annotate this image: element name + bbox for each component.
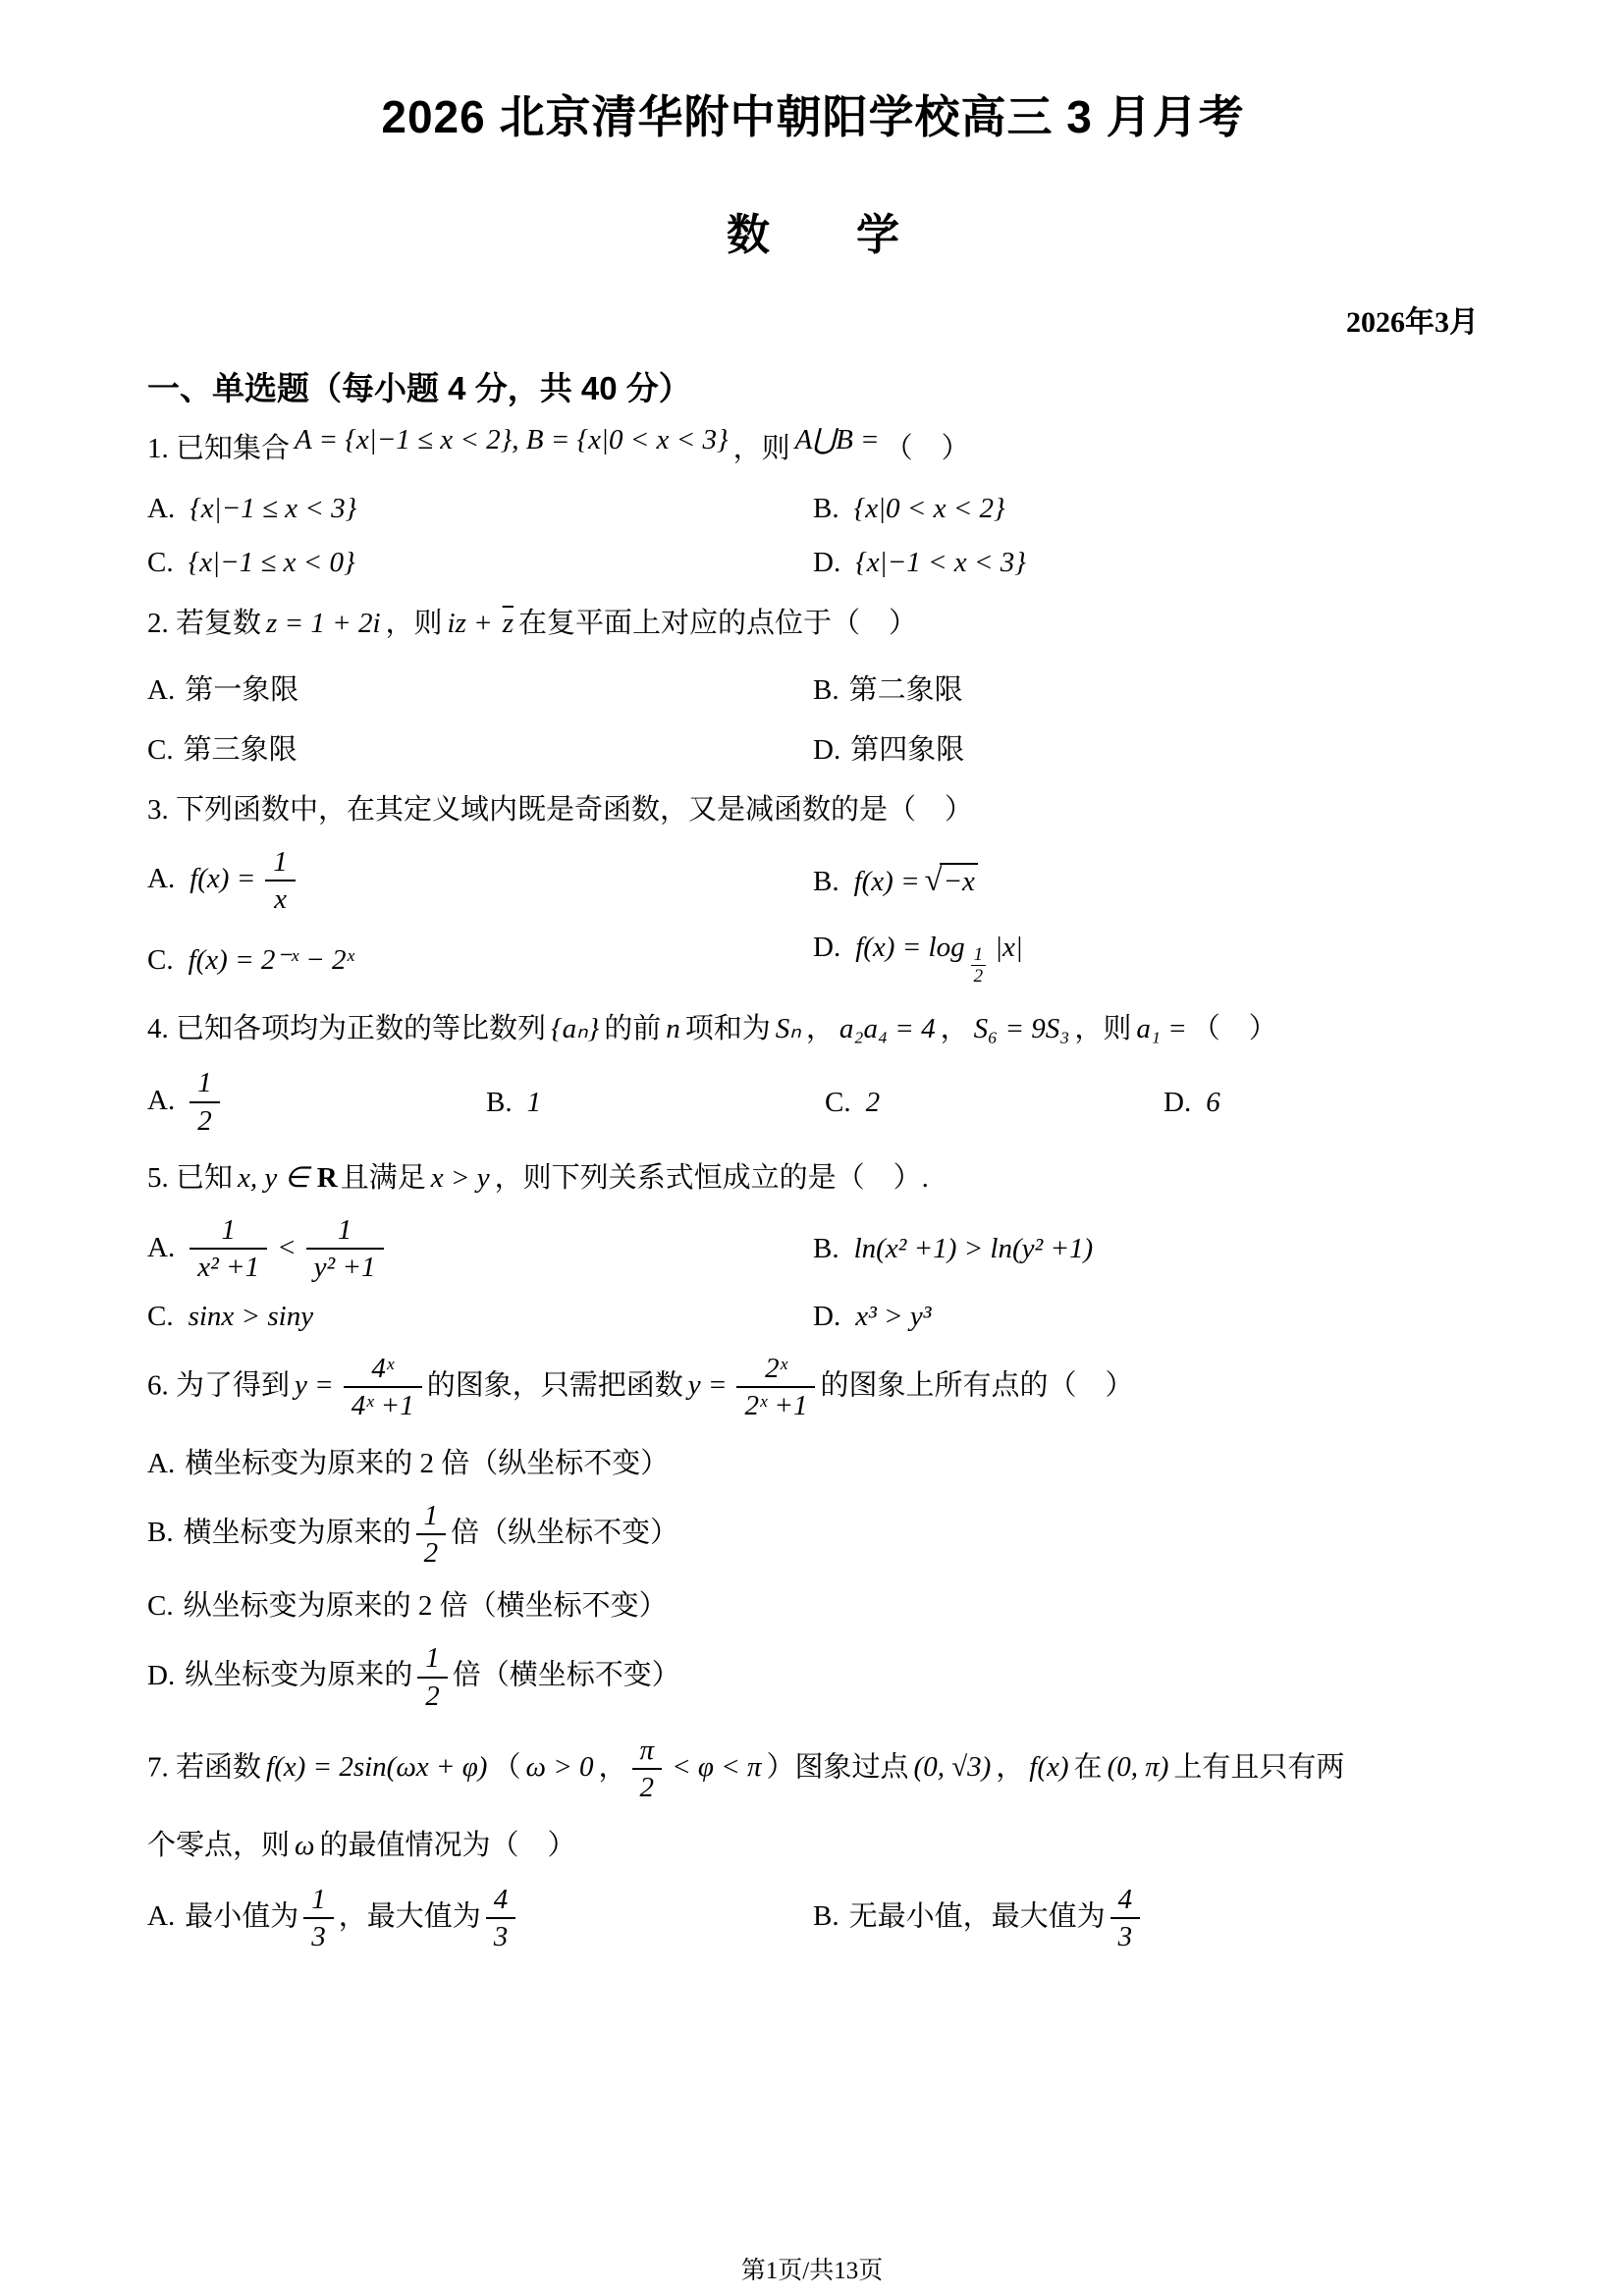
q7-stem-line-2: 个零点，则ω的最值情况为（ ）	[147, 1825, 1479, 1866]
fraction: 1y² +1	[306, 1214, 384, 1285]
q5-option-c: C.sinx > siny	[147, 1301, 813, 1333]
fraction: 43	[486, 1884, 516, 1954]
q3-stem: 3. 下列函数中，在其定义域内既是奇函数，又是减函数的是（ ）	[147, 789, 1479, 830]
question-5: 5. 已知x, y ∈R且满足x > y，则下列关系式恒成立的是（ ）. A.1…	[147, 1157, 1479, 1333]
q3-option-a: A.f(x) =1x	[147, 846, 813, 917]
q6-option-c: C.纵坐标变为原来的 2 倍（横坐标不变）	[147, 1585, 1479, 1627]
q6-stem: 6. 为了得到y =4ˣ4ˣ +1的图象，只需把函数y =2ˣ2ˣ +1的图象上…	[147, 1353, 1479, 1423]
question-3: 3. 下列函数中，在其定义域内既是奇函数，又是减函数的是（ ） A.f(x) =…	[147, 789, 1479, 988]
q1-option-b: B.{x|0 < x < 2}	[813, 493, 1479, 525]
q6-option-b: B.横坐标变为原来的12倍（纵坐标不变）	[147, 1500, 1479, 1571]
q4-options-row: A.12 B.1 C.2 D.6	[147, 1067, 1479, 1138]
exam-title: 2026 北京清华附中朝阳学校高三 3 月月考	[147, 84, 1479, 150]
fraction: 1x	[265, 846, 296, 917]
q7-option-a: A.最小值为13，最大值为43	[147, 1884, 813, 1954]
q5-stem: 5. 已知x, y ∈R且满足x > y，则下列关系式恒成立的是（ ）.	[147, 1157, 1479, 1199]
q3-option-d: D.f(x) = log12|x|	[813, 932, 1479, 987]
q3-option-b: B.f(x) =√−x	[813, 863, 1479, 899]
q2-stem: 2. 若复数z = 1 + 2i，则iz +z在复平面上对应的点位于（ ）	[147, 603, 1479, 644]
q4-option-c: C.2	[825, 1087, 1164, 1119]
section-heading: 一、单选题（每小题 4 分，共 40 分）	[147, 368, 1479, 410]
q3-option-c: C.f(x) = 2⁻ˣ − 2ˣ	[147, 942, 813, 977]
q1-options-row-1: A.{x|−1 ≤ x < 3} B.{x|0 < x < 2}	[147, 493, 1479, 525]
q2-options-row-2: C.第三象限 D.第四象限	[147, 727, 1479, 768]
q1-option-a: A.{x|−1 ≤ x < 3}	[147, 493, 813, 525]
q5-options-row-2: C.sinx > siny D.x³ > y³	[147, 1301, 1479, 1333]
q5-option-b: B.ln(x² +1) > ln(y² +1)	[813, 1233, 1479, 1265]
blackboard-R: R	[314, 1162, 341, 1194]
q6-option-a: A.横坐标变为原来的 2 倍（纵坐标不变）	[147, 1443, 1479, 1484]
q3-options-row-2: C.f(x) = 2⁻ˣ − 2ˣ D.f(x) = log12|x|	[147, 932, 1479, 987]
log-base-fraction: 12	[971, 945, 987, 987]
page-number: 第1页/共13页	[0, 2251, 1624, 2286]
q2-option-d: D.第四象限	[813, 727, 1479, 768]
fraction: 12	[189, 1067, 220, 1138]
question-4: 4. 已知各项均为正数的等比数列{aₙ}的前n项和为Sₙ，a₂a₄ = 4，S₆…	[147, 1008, 1479, 1138]
q4-option-b: B.1	[486, 1087, 825, 1119]
fraction: 12	[416, 1500, 447, 1571]
q7-options-row: A.最小值为13，最大值为43 B.无最小值，最大值为43	[147, 1884, 1479, 1954]
question-7: 7. 若函数f(x) = 2sin(ωx + φ)（ω > 0，π2< φ < …	[147, 1735, 1479, 1953]
q1-option-c: C.{x|−1 ≤ x < 0}	[147, 547, 813, 579]
page-content: 2026 北京清华附中朝阳学校高三 3 月月考 数 学 2026年3月 一、单选…	[0, 0, 1624, 1953]
q5-option-a: A.1x² +1<1y² +1	[147, 1214, 813, 1285]
q2-option-a: A.第一象限	[147, 667, 813, 708]
q2-options-row-1: A.第一象限 B.第二象限	[147, 667, 1479, 708]
fraction: 12	[417, 1642, 448, 1713]
q4-stem: 4. 已知各项均为正数的等比数列{aₙ}的前n项和为Sₙ，a₂a₄ = 4，S₆…	[147, 1008, 1479, 1049]
q7-option-b: B.无最小值，最大值为43	[813, 1884, 1479, 1954]
exam-subject: 数 学	[147, 199, 1479, 262]
fraction: 43	[1110, 1884, 1141, 1954]
radical-sign: √	[925, 863, 941, 898]
q7-stem-line-1: 7. 若函数f(x) = 2sin(ωx + φ)（ω > 0，π2< φ < …	[147, 1735, 1479, 1805]
exam-date: 2026年3月	[147, 305, 1479, 341]
q4-option-d: D.6	[1164, 1087, 1479, 1119]
exam-page: 2026 北京清华附中朝阳学校高三 3 月月考 数 学 2026年3月 一、单选…	[0, 0, 1624, 2296]
q1-option-d: D.{x|−1 < x < 3}	[813, 547, 1479, 579]
fraction: 13	[303, 1884, 334, 1954]
question-1: 1. 已知集合A = {x|−1 ≤ x < 2}, B = {x|0 < x …	[147, 428, 1479, 579]
fraction: 2ˣ2ˣ +1	[736, 1353, 815, 1423]
q2-option-b: B.第二象限	[813, 667, 1479, 708]
q1-options-row-2: C.{x|−1 ≤ x < 0} D.{x|−1 < x < 3}	[147, 547, 1479, 579]
fraction: 1x² +1	[189, 1214, 267, 1285]
question-2: 2. 若复数z = 1 + 2i，则iz +z在复平面上对应的点位于（ ） A.…	[147, 603, 1479, 768]
q4-option-a: A.12	[147, 1067, 486, 1138]
question-6: 6. 为了得到y =4ˣ4ˣ +1的图象，只需把函数y =2ˣ2ˣ +1的图象上…	[147, 1353, 1479, 1713]
q6-option-d: D.纵坐标变为原来的12倍（横坐标不变）	[147, 1642, 1479, 1713]
q1-stem: 1. 已知集合A = {x|−1 ≤ x < 2}, B = {x|0 < x …	[147, 428, 1479, 469]
fraction: 4ˣ4ˣ +1	[344, 1353, 422, 1423]
q2-option-c: C.第三象限	[147, 727, 813, 768]
q3-options-row-1: A.f(x) =1x B.f(x) =√−x	[147, 846, 1479, 917]
q5-option-d: D.x³ > y³	[813, 1301, 1479, 1333]
fraction: π2	[632, 1735, 663, 1805]
q5-options-row-1: A.1x² +1<1y² +1 B.ln(x² +1) > ln(y² +1)	[147, 1214, 1479, 1285]
